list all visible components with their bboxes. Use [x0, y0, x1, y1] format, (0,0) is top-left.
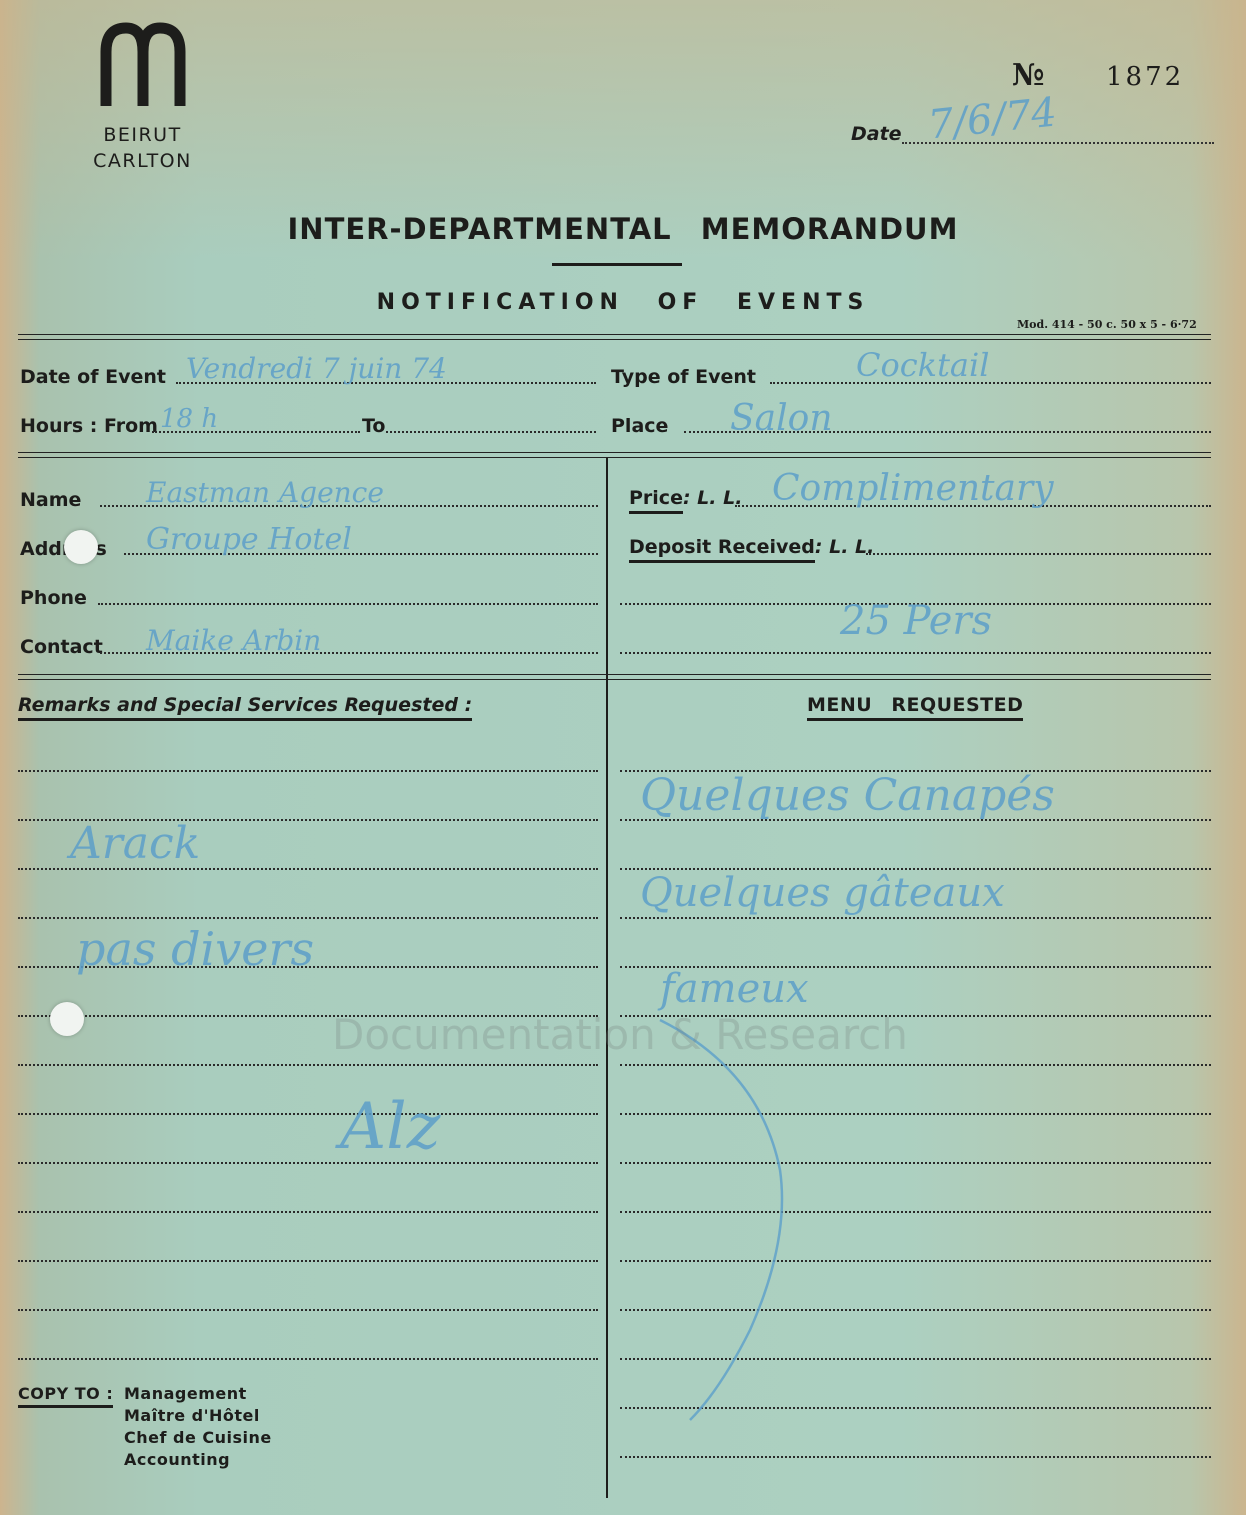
- page-title: INTER-DEPARTMENTAL MEMORANDUM: [0, 212, 1246, 246]
- name-label: Name: [20, 489, 81, 511]
- copy-recipient: Maître d'Hôtel: [124, 1405, 272, 1427]
- remarks-line-9[interactable]: [18, 1162, 598, 1164]
- guest-count-note[interactable]: 25 Pers: [840, 598, 992, 644]
- memo-number-label: №: [1012, 58, 1045, 93]
- price-field[interactable]: Complimentary: [772, 468, 1054, 509]
- remarks-line-12[interactable]: [18, 1309, 598, 1311]
- contact-label: Contact: [20, 636, 103, 658]
- price-label-group: Price: L. L.: [629, 487, 742, 509]
- deposit-label-group: Deposit Received: L. L.: [629, 536, 874, 558]
- remarks-heading-text: Remarks and Special Services Requested :: [18, 694, 472, 721]
- remarks-line-13[interactable]: [18, 1358, 598, 1360]
- divider-top: [18, 334, 1211, 340]
- punch-hole: [64, 530, 98, 564]
- copy-to-list: Management Maître d'Hôtel Chef de Cuisin…: [124, 1383, 272, 1471]
- remarks-line-7[interactable]: [18, 1064, 598, 1066]
- address-field[interactable]: Groupe Hotel: [146, 522, 352, 557]
- place-label: Place: [611, 415, 668, 437]
- type-of-event-line: [770, 382, 1211, 384]
- remarks-entry-1[interactable]: Arack: [70, 818, 200, 869]
- menu-line-15[interactable]: [620, 1456, 1211, 1458]
- remarks-line-4[interactable]: [18, 917, 598, 919]
- hours-from-label: Hours : From: [20, 415, 158, 437]
- place-field[interactable]: Salon: [730, 398, 833, 439]
- menu-heading-text: MENU REQUESTED: [807, 694, 1023, 721]
- divider-event: [18, 452, 1211, 458]
- brand-line-2: CARLTON: [70, 148, 215, 174]
- copy-recipient: Chef de Cuisine: [124, 1427, 272, 1449]
- copy-recipient: Accounting: [124, 1449, 272, 1471]
- phone-field[interactable]: [98, 603, 598, 605]
- type-of-event-label: Type of Event: [611, 366, 756, 388]
- brand-line-1: BEIRUT: [70, 122, 215, 148]
- phone-label: Phone: [20, 587, 87, 609]
- date-of-event-label: Date of Event: [20, 366, 166, 388]
- price-currency: : L. L.: [683, 487, 742, 509]
- memo-number-value: 1872: [1106, 62, 1184, 92]
- divider-client: [18, 674, 1211, 680]
- pen-strike-icon: [640, 1010, 840, 1430]
- hours-from-field[interactable]: 18 h: [160, 404, 218, 434]
- remarks-line-1[interactable]: [18, 770, 598, 772]
- brand-name: BEIRUT CARLTON: [70, 122, 215, 174]
- pricing-extra-line-2: [620, 652, 1211, 654]
- menu-heading: MENU REQUESTED: [807, 694, 1023, 716]
- copy-to-label-text: COPY TO :: [18, 1384, 113, 1408]
- column-divider: [606, 458, 608, 1498]
- contact-field[interactable]: Maike Arbin: [146, 624, 321, 657]
- date-of-event-field[interactable]: Vendredi 7 juin 74: [186, 352, 447, 385]
- copy-to-label: COPY TO :: [18, 1384, 113, 1403]
- title-divider: [552, 263, 682, 266]
- deposit-field[interactable]: [866, 553, 1211, 555]
- remarks-heading: Remarks and Special Services Requested :: [18, 694, 472, 716]
- name-field[interactable]: Eastman Agence: [146, 476, 384, 509]
- beirut-carlton-logo-icon: [100, 22, 186, 106]
- date-label: Date: [851, 123, 902, 145]
- page-subtitle: NOTIFICATION OF EVENTS: [0, 290, 1246, 315]
- punch-hole: [50, 1002, 84, 1036]
- menu-entry-1[interactable]: Quelques Canapés: [640, 770, 1055, 821]
- remarks-line-8[interactable]: [18, 1113, 598, 1115]
- watermark: Documentation & Research: [332, 1010, 908, 1059]
- deposit-label: Deposit Received: [629, 536, 815, 563]
- remarks-line-11[interactable]: [18, 1260, 598, 1262]
- hours-to-line[interactable]: [386, 431, 596, 433]
- remarks-entry-2[interactable]: pas divers: [76, 922, 314, 976]
- remarks-line-10[interactable]: [18, 1211, 598, 1213]
- price-label: Price: [629, 487, 683, 514]
- hours-to-label: To: [362, 415, 386, 437]
- type-of-event-field[interactable]: Cocktail: [856, 346, 989, 384]
- menu-entry-2[interactable]: Quelques gâteaux: [640, 870, 1005, 916]
- copy-recipient: Management: [124, 1383, 272, 1405]
- signature: Alz: [340, 1090, 440, 1164]
- form-reference: Mod. 414 - 50 c. 50 x 5 - 6·72: [1017, 318, 1197, 331]
- menu-line-4[interactable]: [620, 917, 1211, 919]
- date-field[interactable]: 7/6/74: [926, 89, 1059, 148]
- menu-entry-3[interactable]: fameux: [660, 966, 809, 1012]
